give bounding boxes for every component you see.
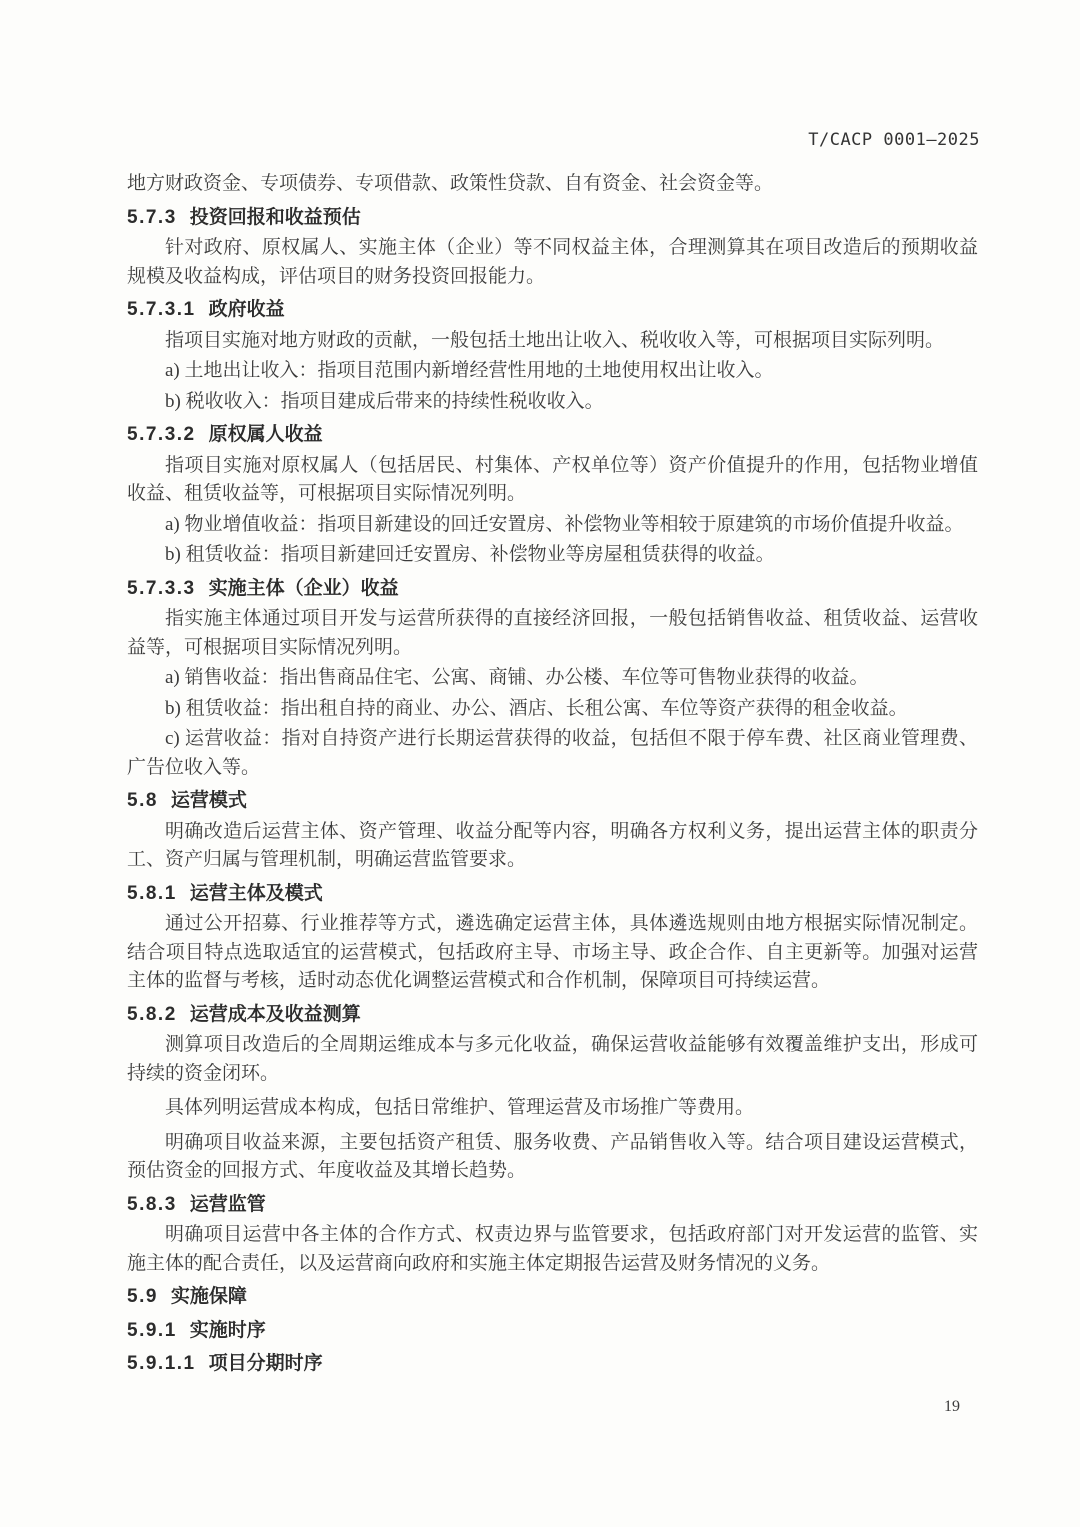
paragraph: 通过公开招募、行业推荐等方式，遴选确定运营主体，具体遴选规则由地方根据实际情况制… [127,910,978,996]
section-title: 实施主体（企业）收益 [209,578,399,599]
section-number: 5.7.3 [127,207,177,228]
document-body: 地方财政资金、专项债券、专项借款、政策性贷款、自有资金、社会资金等。 5.7.3… [127,170,978,1381]
section-number: 5.7.3.1 [127,299,196,320]
list-item: b) 税收收入：指项目建成后带来的持续性税收收入。 [127,388,978,417]
list-item: a) 物业增值收益：指项目新建设的回迁安置房、补偿物业等相较于原建筑的市场价值提… [127,511,978,540]
list-item: a) 销售收益：指出售商品住宅、公寓、商铺、办公楼、车位等可售物业获得的收益。 [127,664,978,693]
paragraph: 指实施主体通过项目开发与运营所获得的直接经济回报，一般包括销售收益、租赁收益、运… [127,605,978,662]
section-title: 运营模式 [171,790,247,811]
document-page: T/CACP 0001—2025 地方财政资金、专项债券、专项借款、政策性贷款、… [0,0,1080,1527]
section-title: 运营成本及收益测算 [190,1004,361,1025]
paragraph: 明确项目运营中各主体的合作方式、权责边界与监管要求，包括政府部门对开发运营的监管… [127,1221,978,1278]
section-number: 5.8.3 [127,1194,177,1215]
section-title: 运营监管 [190,1194,266,1215]
section-number: 5.8.1 [127,883,177,904]
section-title: 实施保障 [171,1286,247,1307]
section-number: 5.9.1 [127,1320,177,1341]
section-heading: 5.8.1运营主体及模式 [127,880,978,909]
list-item: b) 租赁收益：指项目新建回迁安置房、补偿物业等房屋租赁获得的收益。 [127,541,978,570]
section-number: 5.8.2 [127,1004,177,1025]
section-title: 实施时序 [190,1320,266,1341]
section-heading: 5.9.1.1项目分期时序 [127,1350,978,1379]
document-code: T/CACP 0001—2025 [808,130,980,150]
section-title: 运营主体及模式 [190,883,323,904]
paragraph: 测算项目改造后的全周期运维成本与多元化收益，确保运营收益能够有效覆盖维护支出，形… [127,1031,978,1088]
list-item: a) 土地出让收入：指项目范围内新增经营性用地的土地使用权出让收入。 [127,357,978,386]
section-number: 5.7.3.3 [127,578,196,599]
section-number: 5.8 [127,790,158,811]
paragraph: 针对政府、原权属人、实施主体（企业）等不同权益主体，合理测算其在项目改造后的预期… [127,234,978,291]
section-number: 5.9 [127,1286,158,1307]
section-number: 5.7.3.2 [127,424,196,445]
paragraph: 指项目实施对地方财政的贡献，一般包括土地出让收入、税收收入等，可根据项目实际列明… [127,327,978,356]
list-item: b) 租赁收益：指出租自持的商业、办公、酒店、长租公寓、车位等资产获得的租金收益… [127,695,978,724]
page-number: 19 [944,1398,960,1416]
section-title: 投资回报和收益预估 [190,207,361,228]
paragraph: 具体列明运营成本构成，包括日常维护、管理运营及市场推广等费用。 [127,1094,978,1123]
section-heading: 5.8运营模式 [127,787,978,816]
paragraph: 指项目实施对原权属人（包括居民、村集体、产权单位等）资产价值提升的作用，包括物业… [127,452,978,509]
section-number: 5.9.1.1 [127,1353,196,1374]
section-title: 项目分期时序 [209,1353,323,1374]
paragraph: 明确改造后运营主体、资产管理、收益分配等内容，明确各方权利义务，提出运营主体的职… [127,818,978,875]
paragraph: 明确项目收益来源，主要包括资产租赁、服务收费、产品销售收入等。结合项目建设运营模… [127,1129,978,1186]
section-heading: 5.7.3.3实施主体（企业）收益 [127,575,978,604]
section-heading: 5.8.3运营监管 [127,1191,978,1220]
section-heading: 5.9实施保障 [127,1283,978,1312]
section-heading: 5.7.3投资回报和收益预估 [127,204,978,233]
section-heading: 5.7.3.2原权属人收益 [127,421,978,450]
section-heading: 5.7.3.1政府收益 [127,296,978,325]
section-heading: 5.9.1实施时序 [127,1317,978,1346]
section-title: 政府收益 [209,299,285,320]
list-item: c) 运营收益：指对自持资产进行长期运营获得的收益，包括但不限于停车费、社区商业… [127,725,978,782]
section-title: 原权属人收益 [209,424,323,445]
paragraph: 地方财政资金、专项债券、专项借款、政策性贷款、自有资金、社会资金等。 [127,170,978,199]
section-heading: 5.8.2运营成本及收益测算 [127,1001,978,1030]
